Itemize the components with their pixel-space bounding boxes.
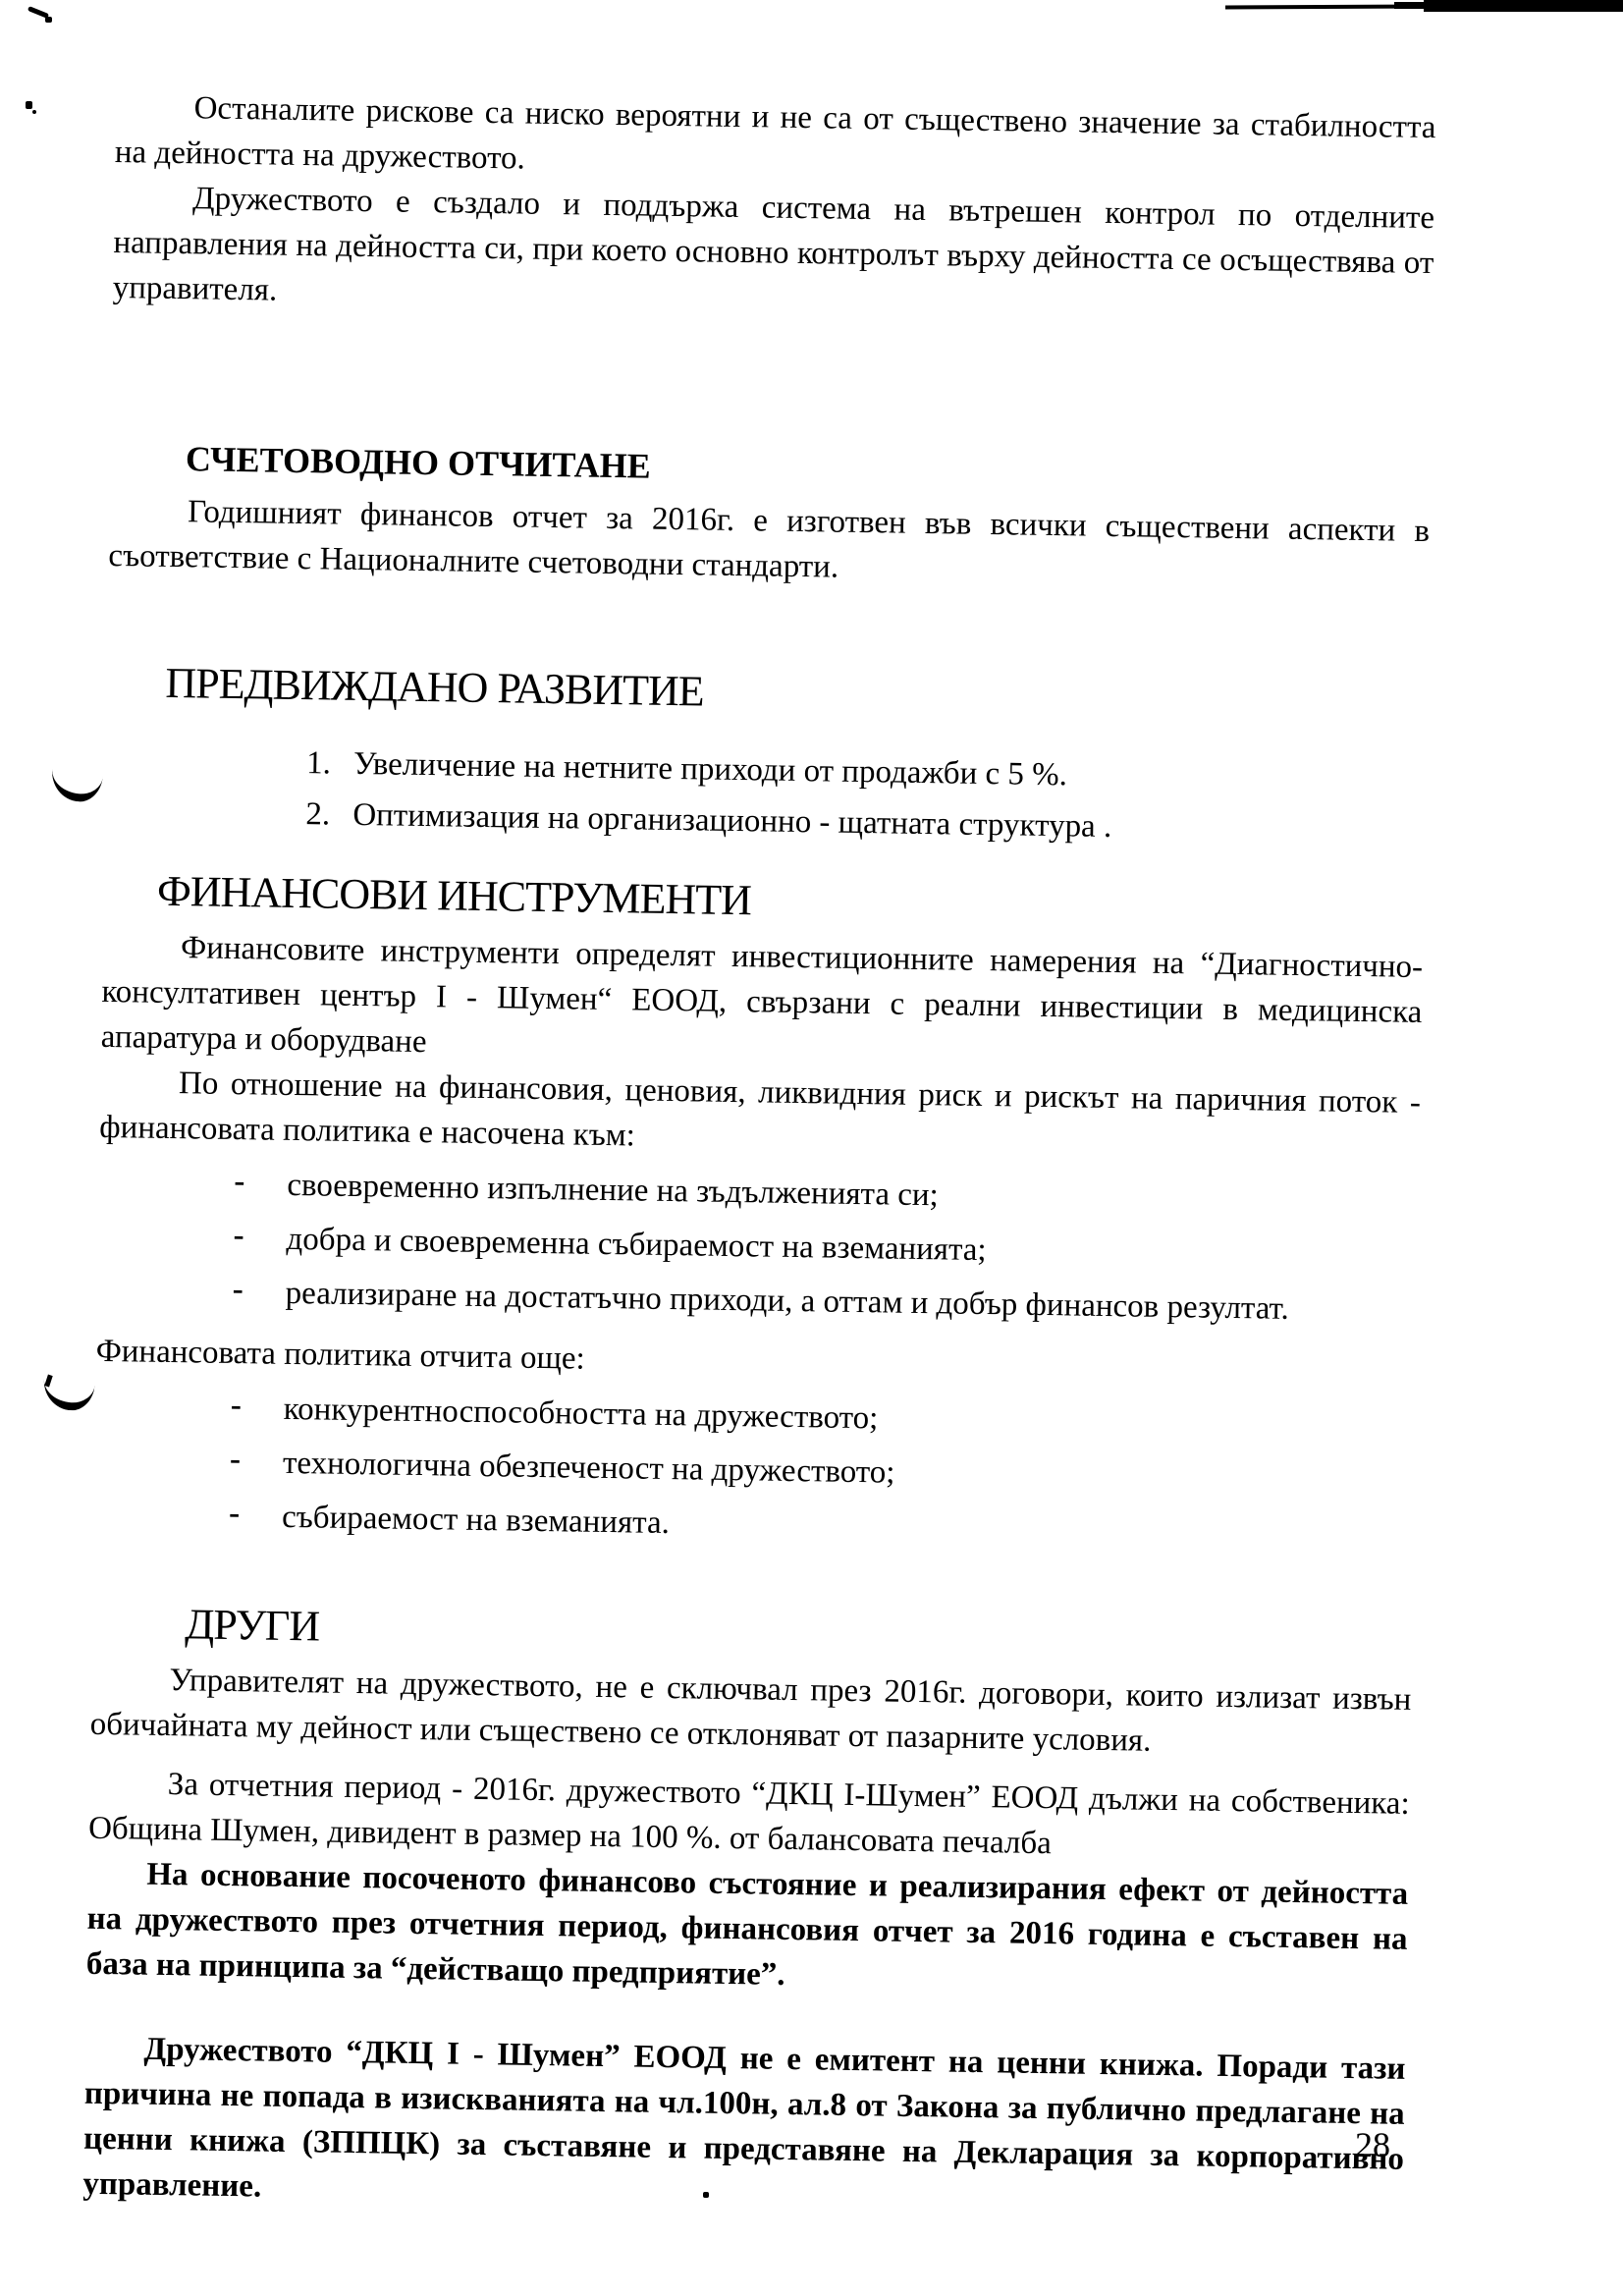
ink-squiggle-dot xyxy=(45,17,52,23)
list-item-text: реализиране на достатъчно приходи, а отт… xyxy=(285,1276,1289,1327)
dash-bullet-marker: - xyxy=(234,1159,245,1204)
paragraph-financial-policy: По отношение на финансовия, ценовия, лик… xyxy=(99,1060,1421,1171)
document-body: Останалите рискове са ниско вероятни и н… xyxy=(82,84,1436,2227)
bullet-list-policy-goals: -своевременно изпълнение на зъдълженията… xyxy=(96,1160,1419,1334)
handwritten-check-mark-1 xyxy=(49,761,104,803)
list-item: -технологична обезпеченост на дружествот… xyxy=(94,1438,1416,1503)
dash-bullet-marker: - xyxy=(229,1491,241,1536)
ink-dot-mark xyxy=(26,101,32,109)
ink-dot-mark-small xyxy=(32,110,36,114)
list-item-number: 1. xyxy=(306,740,354,787)
paragraph-instruments-intro: Финансовите инструменти определят инвест… xyxy=(100,924,1423,1080)
page-number: 28 xyxy=(1355,2123,1390,2166)
dash-bullet-marker: - xyxy=(232,1267,243,1312)
list-item: -конкурентноспособността на дружеството; xyxy=(94,1384,1416,1449)
list-item-text: добра и своевременна събираемост на взем… xyxy=(286,1222,987,1268)
numbered-list-development: 1.Увеличение на нетните приходи от прода… xyxy=(104,738,1426,854)
list-item-text: конкурентноспособността на дружеството; xyxy=(284,1392,879,1437)
bullet-list-policy-factors: -конкурентноспособността на дружеството;… xyxy=(93,1384,1416,1558)
list-item-number: 2. xyxy=(305,792,353,838)
list-item-text: събираемост на вземанията. xyxy=(282,1500,670,1541)
list-item: -добра и своевременна събираемост на взе… xyxy=(97,1214,1419,1280)
dash-bullet-marker: - xyxy=(230,1437,242,1482)
dash-bullet-marker: - xyxy=(233,1213,244,1258)
list-item-text: технологична обезпеченост на дружеството… xyxy=(283,1446,895,1491)
paragraph-annual-report: Годишният финансов отчет за 2016г. е изг… xyxy=(108,488,1430,599)
scanned-document-page: Останалите рискове са ниско вероятни и н… xyxy=(0,0,1623,2296)
list-item: -своевременно изпълнение на зъдълженията… xyxy=(98,1160,1420,1226)
list-item-text: Оптимизация на организационно - щатната … xyxy=(352,797,1111,845)
dash-bullet-marker: - xyxy=(231,1383,243,1428)
heading-forecast-development: ПРЕДВИЖДАНО РАЗВИТИЕ xyxy=(106,655,1428,731)
paragraph-internal-control: Дружеството е създало и поддържа система… xyxy=(112,175,1434,331)
paragraph-not-issuer: Дружеството “ДКЦ I - Шумен” ЕООД не е ем… xyxy=(82,2026,1406,2227)
list-item-text: Увеличение на нетните приходи от продажб… xyxy=(353,746,1067,793)
list-item: -събираемост на вземанията. xyxy=(93,1492,1415,1558)
list-item: -реализиране на достатъчно приходи, а от… xyxy=(96,1268,1418,1334)
list-item-text: своевременно изпълнение на зъдълженията … xyxy=(287,1168,939,1213)
scan-edge-bar-thick xyxy=(1424,0,1623,12)
paragraph-going-concern: На основание посоченото финансово състоя… xyxy=(86,1851,1409,2007)
paragraph-policy-also: Финансовата политика отчита още: xyxy=(95,1329,1417,1394)
paragraph-manager-contracts: Управителят на дружеството, не е сключва… xyxy=(89,1657,1411,1768)
